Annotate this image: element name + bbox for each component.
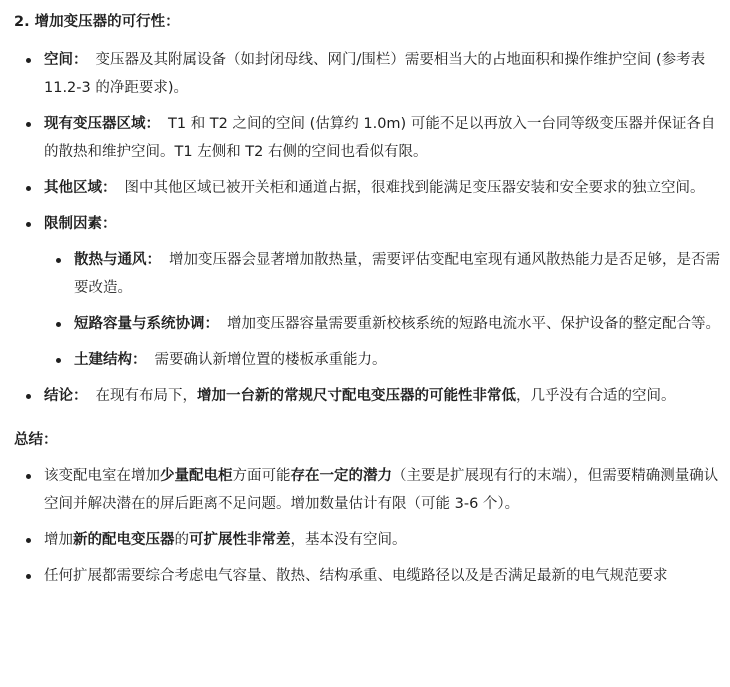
item-text-bold: 可扩展性非常差	[189, 532, 291, 548]
item-text: 需要确认新增位置的楼板承重能力。	[155, 352, 387, 368]
summary-item-switchgear: 该变配电室在增加少量配电柜方面可能存在一定的潜力（主要是扩展现有行的末端），但需…	[14, 462, 724, 518]
summary-item-considerations: 任何扩展都需要综合考虑电气容量、散热、结构承重、电缆路径以及是否满足最新的电气规…	[14, 562, 724, 590]
summary-heading: 总结：	[14, 426, 724, 454]
item-text: 任何扩展都需要综合考虑电气容量、散热、结构承重、电缆路径以及是否满足最新的电气规…	[44, 568, 668, 584]
bottom-fade-overlay	[0, 627, 730, 687]
item-label: 现有变压器区域：	[44, 116, 160, 132]
item-label: 其他区域：	[44, 180, 117, 196]
item-label: 空间：	[44, 52, 88, 68]
list-item-conclusion: 结论：在现有布局下，增加一台新的常规尺寸配电变压器的可能性非常低，几乎没有合适的…	[14, 382, 724, 410]
item-text: 在现有布局下，	[96, 388, 198, 404]
item-label: 限制因素：	[44, 216, 117, 232]
item-text-bold: 存在一定的潜力	[291, 468, 393, 484]
item-text: 增加	[44, 532, 73, 548]
item-text: ，几乎没有合适的空间。	[516, 388, 676, 404]
item-text-bold: 增加一台新的常规尺寸配电变压器的可能性非常低	[197, 388, 516, 404]
constraints-sublist: 散热与通风：增加变压器会显著增加散热量，需要评估变配电室现有通风散热能力是否足够…	[44, 246, 724, 374]
item-text: 增加变压器会显著增加散热量，需要评估变配电室现有通风散热能力是否足够，是否需要改…	[74, 252, 720, 296]
section-heading-transformer-feasibility: 2. 增加变压器的可行性：	[14, 8, 724, 36]
document-body: 2. 增加变压器的可行性： 空间：变压器及其附属设备（如封闭母线、网门/围栏）需…	[14, 8, 724, 598]
sublist-item-civil-structure: 土建结构：需要确认新增位置的楼板承重能力。	[44, 346, 724, 374]
sublist-item-short-circuit: 短路容量与系统协调：增加变压器容量需要重新校核系统的短路电流水平、保护设备的整定…	[44, 310, 724, 338]
item-label: 结论：	[44, 388, 88, 404]
summary-item-transformer: 增加新的配电变压器的可扩展性非常差，基本没有空间。	[14, 526, 724, 554]
item-text-bold: 少量配电柜	[160, 468, 233, 484]
item-text: 变压器及其附属设备（如封闭母线、网门/围栏）需要相当大的占地面积和操作维护空间 …	[44, 52, 705, 96]
item-text: 的	[175, 532, 190, 548]
feasibility-list: 空间：变压器及其附属设备（如封闭母线、网门/围栏）需要相当大的占地面积和操作维护…	[14, 46, 724, 410]
list-item-existing-transformer-area: 现有变压器区域：T1 和 T2 之间的空间 (估算约 1.0m) 可能不足以再放…	[14, 110, 724, 166]
item-text: 增加变压器容量需要重新校核系统的短路电流水平、保护设备的整定配合等。	[227, 316, 720, 332]
sublist-item-heat-ventilation: 散热与通风：增加变压器会显著增加散热量，需要评估变配电室现有通风散热能力是否足够…	[44, 246, 724, 302]
item-label: 短路容量与系统协调：	[74, 316, 219, 332]
list-item-space: 空间：变压器及其附属设备（如封闭母线、网门/围栏）需要相当大的占地面积和操作维护…	[14, 46, 724, 102]
item-text: 该变配电室在增加	[44, 468, 160, 484]
item-text: 图中其他区域已被开关柜和通道占据，很难找到能满足变压器安装和安全要求的独立空间。	[125, 180, 705, 196]
summary-list: 该变配电室在增加少量配电柜方面可能存在一定的潜力（主要是扩展现有行的末端），但需…	[14, 462, 724, 590]
item-text-bold: 新的配电变压器	[73, 532, 175, 548]
list-item-constraints: 限制因素： 散热与通风：增加变压器会显著增加散热量，需要评估变配电室现有通风散热…	[14, 210, 724, 374]
item-text: ，基本没有空间。	[291, 532, 407, 548]
list-item-other-areas: 其他区域：图中其他区域已被开关柜和通道占据，很难找到能满足变压器安装和安全要求的…	[14, 174, 724, 202]
item-text: 方面可能	[233, 468, 291, 484]
item-label: 散热与通风：	[74, 252, 161, 268]
item-label: 土建结构：	[74, 352, 147, 368]
